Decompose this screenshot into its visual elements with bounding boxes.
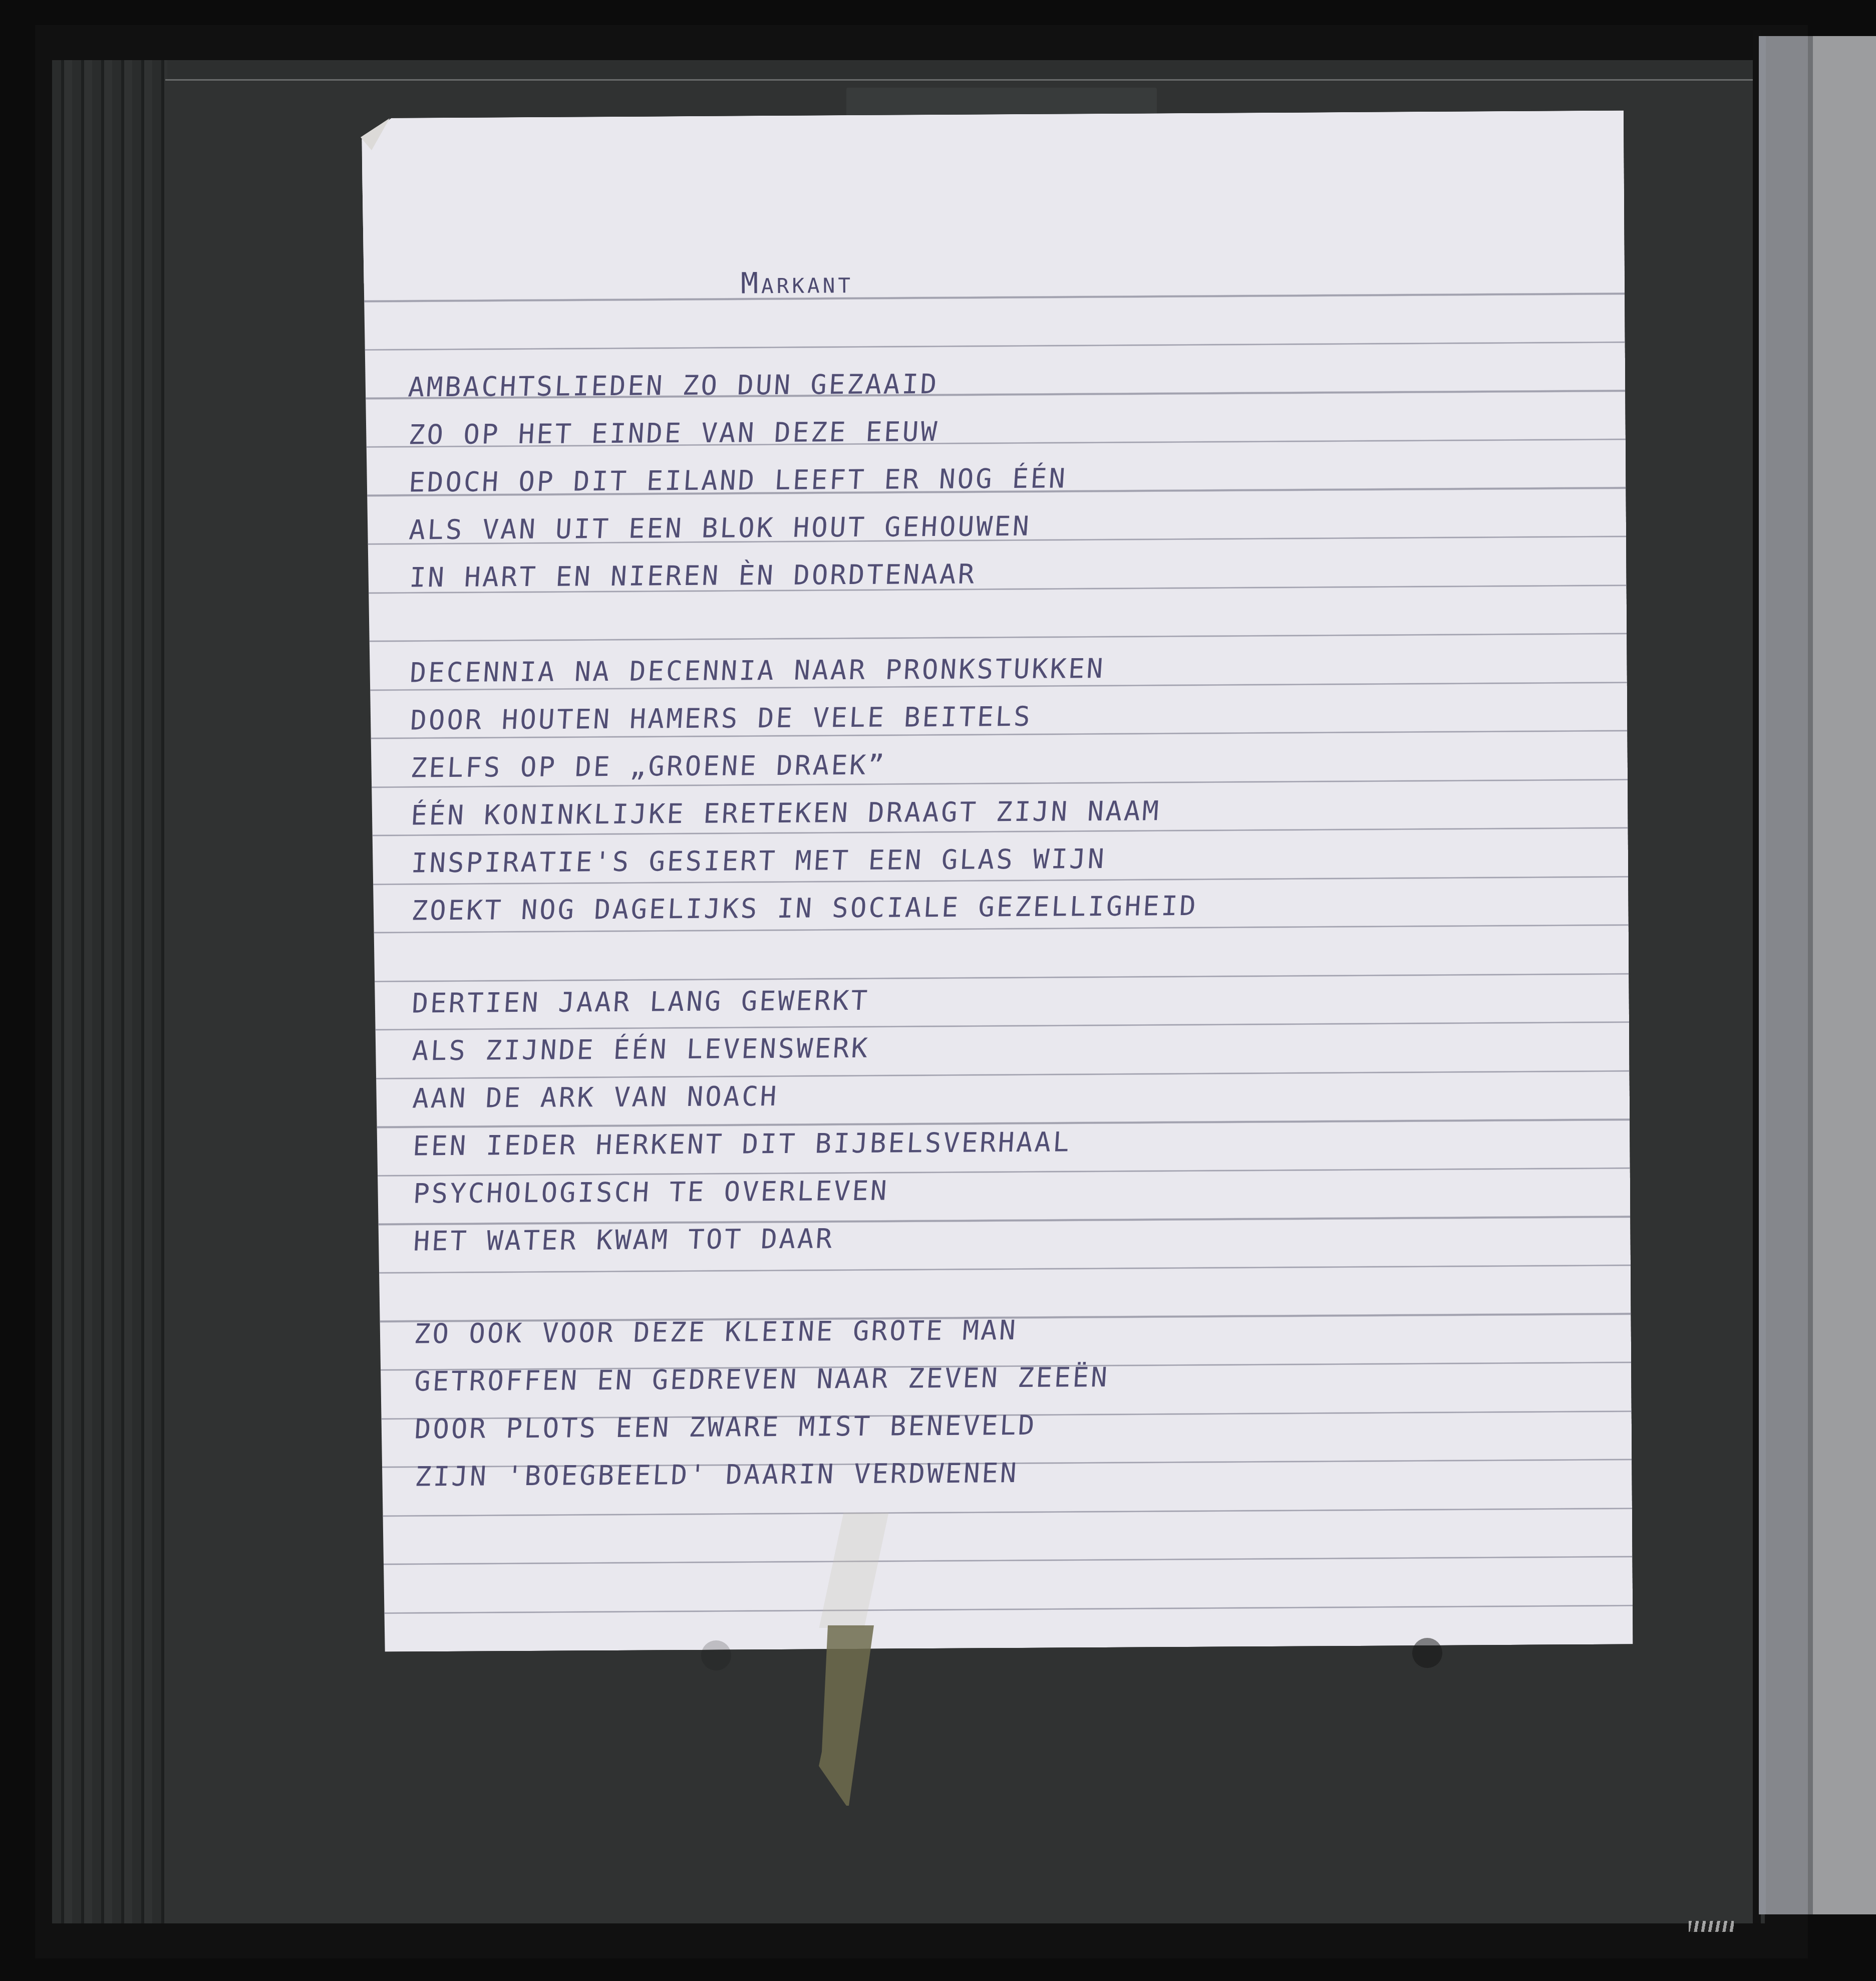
- poem-line: als zijnde één levenswerk: [411, 1023, 1072, 1074]
- poem-line: een ieder herkent dit Bijbelsverhaal: [412, 1118, 1073, 1170]
- poem-line: Het water kwam tot daar: [412, 1213, 1073, 1265]
- poem-line: door plots een zware mist beneveld: [413, 1401, 1111, 1453]
- poem-line: Zo ook voor deze kleine Grote man: [413, 1306, 1110, 1358]
- poem-line: Decennia na decennia naar pronkstukken: [409, 644, 1198, 697]
- stanza-1: Ambachtslieden zo dun gezaaid zo op het …: [408, 359, 1068, 601]
- poem-line: psychologisch te overleven: [412, 1166, 1073, 1217]
- poem-sheet: Markant Ambachtslieden zo dun gezaaid zo…: [362, 111, 1633, 1652]
- poem-line: aan de Ark van Noach: [411, 1070, 1072, 1122]
- poem-line: zijn 'Boegbeeld' daarin verdwenen: [414, 1449, 1111, 1501]
- poem-line: Als van uit een blok hout gehouwen: [408, 502, 1069, 553]
- poem-line: Edoch op dit eiland leeft er nog één: [407, 454, 1068, 506]
- poem-line: door houten hamers de vele beitels: [409, 692, 1198, 744]
- poem-line: zo op het einde van deze eeuw: [407, 407, 1068, 458]
- adhesive-mark: [701, 1640, 731, 1670]
- poem-title: Markant: [741, 265, 853, 300]
- poem-line: getroffen en gedreven naar zeven zeeën: [413, 1353, 1110, 1405]
- poem-line: zoekt nog dagelijks in sociale gezelligh…: [410, 882, 1199, 935]
- page-edge-highlight: [165, 79, 1758, 81]
- poem-line: in hart en nieren èn Dordtenaar: [408, 549, 1069, 601]
- poem-line: zelfs op de „Groene Draek”: [409, 739, 1198, 792]
- stanza-3: Dertien jaar lang gewerkt als zijnde één…: [412, 975, 1072, 1265]
- facing-page: [1759, 36, 1876, 1914]
- stanza-4: Zo ook voor deze kleine Grote man getrof…: [414, 1306, 1110, 1500]
- poem-line: één Koninklijke ereteken draagt zijn naa…: [409, 787, 1198, 839]
- poem-line: Dertien jaar lang gewerkt: [411, 975, 1072, 1027]
- album-binding-coil: [1689, 1921, 1734, 1932]
- adhesive-mark: [1412, 1638, 1442, 1668]
- ruled-top-margin: [362, 111, 1625, 284]
- album-page-edges: [52, 60, 167, 1923]
- stanza-2: Decennia na decennia naar pronkstukken d…: [410, 644, 1197, 935]
- poem-line: Ambachtslieden zo dun gezaaid: [407, 359, 1068, 411]
- poem-line: inspiratie's gesiert met een glas wijn: [410, 834, 1199, 887]
